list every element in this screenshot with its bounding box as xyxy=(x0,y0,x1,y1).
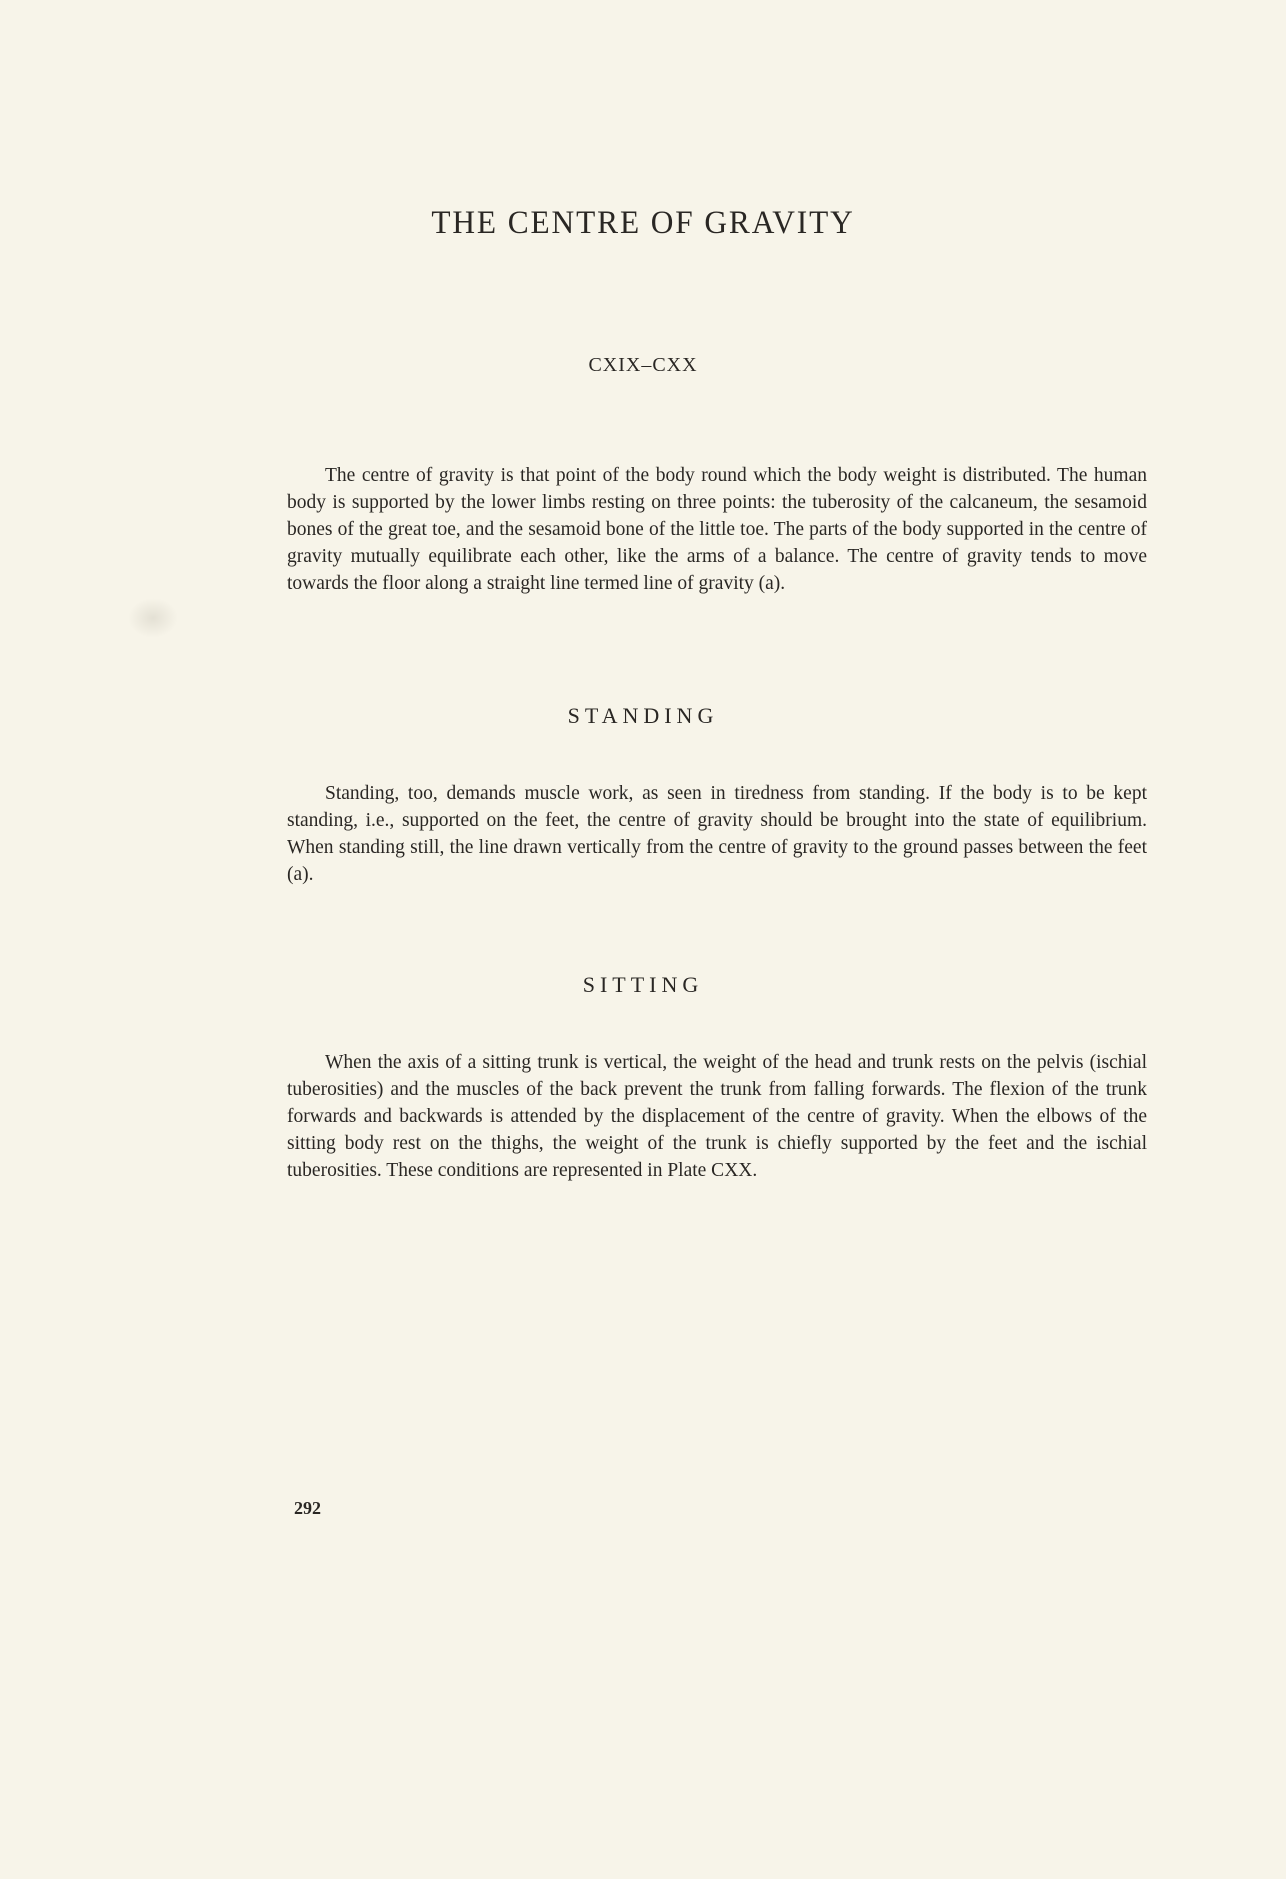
sitting-paragraph: When the axis of a sitting trunk is vert… xyxy=(287,1049,1147,1184)
page-number: 292 xyxy=(294,1498,321,1519)
plate-reference: CXIX–CXX xyxy=(0,354,1286,377)
standing-paragraph: Standing, too, demands muscle work, as s… xyxy=(287,780,1147,888)
section-heading-standing: STANDING xyxy=(0,703,1286,729)
page-title: THE CENTRE OF GRAVITY xyxy=(32,205,1254,242)
intro-paragraph: The centre of gravity is that point of t… xyxy=(287,462,1147,597)
paper-smudge xyxy=(128,598,178,638)
section-heading-sitting: SITTING xyxy=(0,972,1286,998)
